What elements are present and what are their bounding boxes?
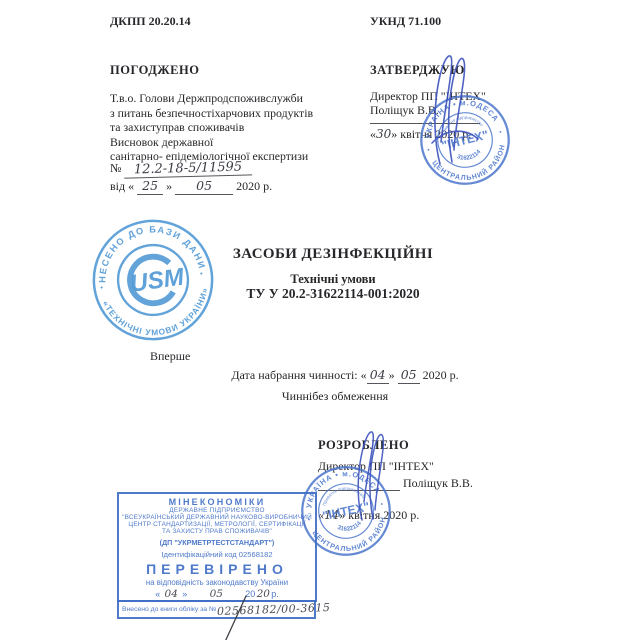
verification-date-year-hw: 20 <box>257 588 270 600</box>
agreed-date-month: 05 <box>196 178 212 193</box>
verification-line: ТА ЗАХИСТУ ПРАВ СПОЖИВАЧІВ" <box>119 528 315 535</box>
verification-verified-label: ПЕРЕВІРЕНО <box>119 561 315 577</box>
usm-stamp-logo: USM <box>128 263 186 297</box>
effective-month: 05 <box>401 367 417 382</box>
verification-line: (ДП "УКРМЕТРТЕСТСТАНДАРТ") <box>119 538 315 547</box>
agreed-line: з питань безпечностіхарчових продуктів <box>110 106 380 121</box>
verification-ministry: МІНЕКОНОМІКИ <box>119 497 315 507</box>
effective-date-line: Дата набрання чинності: «04» 05 2020 р. <box>140 367 550 384</box>
verification-date-day: 04 <box>165 588 178 600</box>
pen-slash <box>212 592 257 640</box>
verification-line: ЦЕНТР СТАНДАРТИЗАЦІЇ, МЕТРОЛОГІЇ, СЕРТИФ… <box>119 521 315 528</box>
agreed-number-line: № 12.2-18-5/11595 <box>110 161 252 177</box>
effective-suffix: 2020 р. <box>423 368 459 382</box>
code-dkpp: ДКПП 20.20.14 <box>110 14 191 29</box>
intex-stamp-dot-right: • <box>499 129 504 137</box>
agreed-line: та захиступрав споживачів <box>110 120 380 135</box>
verification-id-code: Ідентифікаційний код 02568182 <box>119 550 315 559</box>
agreed-date-close: » <box>166 179 172 193</box>
approved-date-day: 30 <box>376 127 391 141</box>
document-subtitle: Технічні умови <box>208 272 458 287</box>
document-page: ДКПП 20.20.14 УКНД 71.100 ПОГОДЖЕНО Т.в.… <box>0 0 640 640</box>
signature-developed <box>338 424 408 529</box>
usm-stamp-dot-right: • <box>199 269 203 278</box>
agreed-date-day: 25 <box>142 178 158 193</box>
verification-stamp: МІНЕКОНОМІКИ ДЕРЖАВНЕ ПІДПРИЄМСТВО "ВСЕУ… <box>117 492 317 602</box>
verification-date-r: р. <box>271 589 279 599</box>
agreed-heading: ПОГОДЖЕНО <box>110 63 199 78</box>
agreed-date-line: від « 25 » 05 2020 р. <box>110 178 272 195</box>
document-title: ЗАСОБИ ДЕЗІНФЕКЦІЙНІ <box>208 246 458 263</box>
effective-day: 04 <box>370 367 386 382</box>
first-time-label: Вперше <box>150 349 190 364</box>
agreed-line: Т.в.о. Голови Держпродспоживслужби <box>110 91 380 106</box>
signature-approved <box>412 46 490 174</box>
agreed-date-suffix: 2020 р. <box>236 179 272 193</box>
effective-mid: » <box>389 368 395 382</box>
usm-stamp-dot-left: • <box>100 283 104 292</box>
validity-line: Чиннібез обмеження <box>140 389 530 404</box>
developed-signer: Поліщук В.В. <box>403 476 473 490</box>
verification-line: ДЕРЖАВНЕ ПІДПРИЄМСТВО <box>119 507 315 514</box>
effective-prefix: Дата набрання чинності: « <box>231 368 366 382</box>
document-code: ТУ У 20.2-31622114-001:2020 <box>208 286 458 302</box>
verification-register-label: Внесено до книги обліку за № <box>122 606 216 613</box>
usm-stamp: ВНЕСЕНО ДО БАЗИ ДАНИХ «ТЕХНІЧНІ УМОВИ УК… <box>82 209 224 351</box>
agreed-number-label: № <box>110 161 121 175</box>
agreed-date-prefix: від « <box>110 179 134 193</box>
code-uknd: УКНД 71.100 <box>370 14 441 29</box>
agreed-text-block: Т.в.о. Голови Держпродспоживслужби з пит… <box>110 91 380 164</box>
verification-line: на відповідність законодавству України <box>119 578 315 587</box>
agreed-number-value: 12.2-18-5/11595 <box>134 160 243 178</box>
agreed-line: Висновок державної <box>110 135 380 150</box>
